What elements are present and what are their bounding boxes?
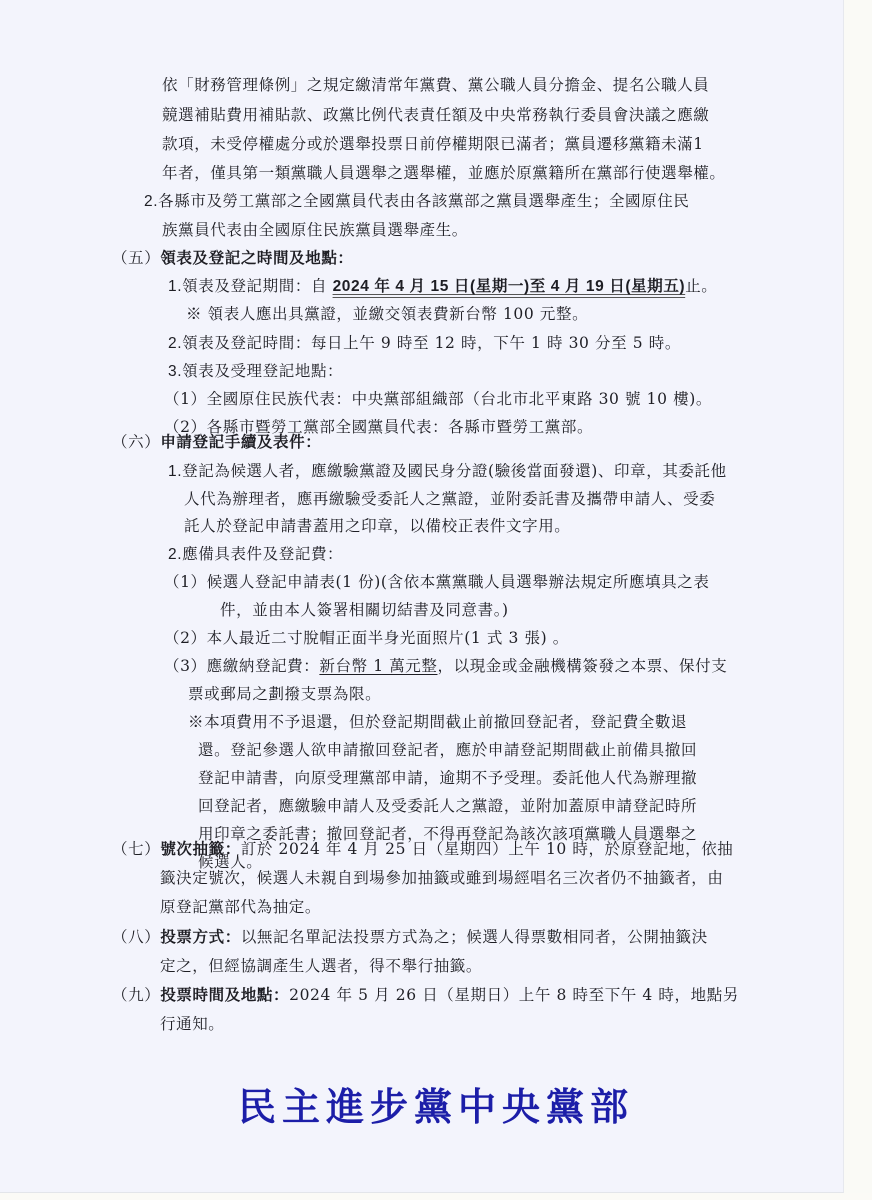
section6-sub3-prefix: 應繳納登記費： xyxy=(207,657,320,675)
item2-text: 各縣市及勞工黨部之全國黨員代表由各該黨部之黨員選舉產生；全國原住民 xyxy=(158,192,689,210)
item2-line-1: 2.各縣市及勞工黨部之全國黨員代表由各該黨部之黨員選舉產生；全國原住民 xyxy=(144,190,689,213)
registration-fee-amount: 新台幣 1 萬元整 xyxy=(319,657,437,675)
section5-sub1-number: （1） xyxy=(164,390,207,408)
section5-sub1: （1）全國原住民族代表：中央黨部組織部（台北市北平東路 30 號 10 樓)。 xyxy=(164,388,712,410)
section5-item1-suffix: 止。 xyxy=(685,277,717,295)
refund-note-line-2: 還。登記參選人欲申請撤回登記者，應於申請登記期間截止前備具撤回 xyxy=(198,739,697,761)
section6-sub1-line-2: 件，並由本人簽署相關切結書及同意書。) xyxy=(220,599,509,621)
intro-line-4: 年者，僅具第一類黨職人員選舉之選舉權，並應於原黨籍所在黨部行使選舉權。 xyxy=(162,162,726,184)
section6-sub3-number: （3） xyxy=(164,657,207,675)
scan-edge-bottom xyxy=(0,1193,872,1200)
section9-line-2: 行通知。 xyxy=(160,1013,224,1035)
section5-item3: 3.領表及受理登記地點： xyxy=(168,360,343,383)
section5-title: 領表及登記之時間及地點： xyxy=(160,248,353,267)
section7-label: （七） xyxy=(112,840,160,858)
section5-heading: （五）領表及登記之時間及地點： xyxy=(112,247,354,269)
section7-line-2: 籤決定號次，候選人未親自到場參加抽籤或雖到場經唱名三次者仍不抽籤者，由 xyxy=(160,867,724,889)
section7-line-1: （七）號次抽籤：訂於 2024 年 4 月 25 日（星期四）上午 10 時，於… xyxy=(112,838,733,860)
section6-sub1-number: （1） xyxy=(164,573,207,591)
section9-label: （九） xyxy=(112,986,160,1004)
section8-line-1: （八）投票方式：以無記名單記法投票方式為之；候選人得票數相同者，公開抽籤決 xyxy=(112,926,708,948)
section6-sub2-number: （2） xyxy=(164,629,207,647)
section6-heading: （六）申請登記手續及表件： xyxy=(112,431,321,453)
section6-item2: 2.應備具表件及登記費： xyxy=(168,543,343,566)
section6-sub3-suffix: ，以現金或金融機構簽發之本票、保付支 xyxy=(438,657,728,675)
registration-period-highlight: 2024 年 4 月 15 日(星期一)至 4 月 19 日(星期五) xyxy=(333,278,686,295)
section5-item1: 1.領表及登記期間：自 2024 年 4 月 15 日(星期一)至 4 月 19… xyxy=(168,275,717,298)
section8-title: 投票方式： xyxy=(160,927,241,946)
section6-item2-number: 2. xyxy=(168,546,182,563)
refund-note-line-3: 登記申請書，向原受理黨部申請，逾期不予受理。委託他人代為辦理撤 xyxy=(198,767,697,789)
item2-number: 2. xyxy=(144,193,158,210)
section5-item3-number: 3. xyxy=(168,363,182,380)
section6-title: 申請登記手續及表件： xyxy=(160,432,321,451)
section6-sub3-line-2: 票或郵局之劃撥支票為限。 xyxy=(188,683,381,705)
section7-text-1: 訂於 2024 年 4 月 25 日（星期四）上午 10 時，於原登記地，依抽 xyxy=(241,840,734,858)
section6-sub1-line-1: （1）候選人登記申請表(1 份)(含依本黨黨職人員選舉辦法規定所應填具之表 xyxy=(164,571,710,593)
section9-text-1: 2024 年 5 月 26 日（星期日）上午 8 時至下午 4 時，地點另 xyxy=(289,986,739,1004)
section6-item2-text: 應備具表件及登記費： xyxy=(182,545,343,563)
intro-line-3: 款項，未受停權處分或於選舉投票日前停權期限已滿者；黨員遷移黨籍未滿1 xyxy=(162,133,704,155)
section6-item1-line-2: 人代為辦理者，應再繳驗受委託人之黨證，並附委託書及攜帶申請人、受委 xyxy=(184,488,715,510)
section5-item2-text: 領表及登記時間：每日上午 9 時至 12 時，下午 1 時 30 分至 5 時。 xyxy=(182,334,681,352)
section8-label: （八） xyxy=(112,928,160,946)
section7-line-3: 原登記黨部代為抽定。 xyxy=(160,896,321,918)
section5-item2: 2.領表及登記時間：每日上午 9 時至 12 時，下午 1 時 30 分至 5 … xyxy=(168,332,681,355)
section5-sub1-text: 全國原住民族代表：中央黨部組織部（台北市北平東路 30 號 10 樓)。 xyxy=(207,390,712,408)
section8-line-2: 定之，但經協調產生人選者，得不舉行抽籤。 xyxy=(160,955,482,977)
section7-title: 號次抽籤： xyxy=(160,839,241,858)
section5-item3-text: 領表及受理登記地點： xyxy=(182,362,343,380)
section6-sub2-text: 本人最近二寸脫帽正面半身光面照片(1 式 3 張) 。 xyxy=(207,629,569,647)
section6-label: （六） xyxy=(112,433,160,451)
section6-item1-line-3: 託人於登記申請書蓋用之印章，以備校正表件文字用。 xyxy=(184,515,570,537)
section6-sub2: （2）本人最近二寸脫帽正面半身光面照片(1 式 3 張) 。 xyxy=(164,627,569,649)
section8-text-1: 以無記名單記法投票方式為之；候選人得票數相同者，公開抽籤決 xyxy=(241,928,708,946)
section6-item1-text-1: 登記為候選人者，應繳驗黨證及國民身分證(驗後當面發還)、印章，其委託他 xyxy=(182,462,727,480)
scan-edge-right xyxy=(844,0,872,1200)
refund-note-line-1: ※本項費用不予退還，但於登記期間截止前撤回登記者，登記費全數退 xyxy=(188,711,687,733)
section5-item1-prefix: 領表及登記期間：自 xyxy=(182,277,332,295)
section6-item1-number: 1. xyxy=(168,463,182,480)
section5-item2-number: 2. xyxy=(168,335,182,352)
section6-sub3-line-1: （3）應繳納登記費：新台幣 1 萬元整，以現金或金融機構簽發之本票、保付支 xyxy=(164,655,727,677)
section9-line-1: （九）投票時間及地點：2024 年 5 月 26 日（星期日）上午 8 時至下午… xyxy=(112,984,739,1006)
intro-line-2: 競選補貼費用補貼款、政黨比例代表責任額及中央常務執行委員會決議之應繳 xyxy=(162,104,709,126)
section5-note: ※ 領表人應出具黨證，並繳交領表費新台幣 100 元整。 xyxy=(186,303,588,325)
item2-line-2: 族黨員代表由全國原住民族黨員選舉產生。 xyxy=(162,219,468,241)
section5-item1-number: 1. xyxy=(168,278,182,295)
signature-party-central-headquarters: 民主進步黨中央黨部 xyxy=(238,1076,634,1131)
section9-title: 投票時間及地點： xyxy=(160,985,289,1004)
section6-sub1-text-1: 候選人登記申請表(1 份)(含依本黨黨職人員選舉辦法規定所應填具之表 xyxy=(207,573,710,591)
intro-line-1: 依「財務管理條例」之規定繳清常年黨費、黨公職人員分擔金、提名公職人員 xyxy=(162,74,709,96)
section5-label: （五） xyxy=(112,249,160,267)
section6-item1-line-1: 1.登記為候選人者，應繳驗黨證及國民身分證(驗後當面發還)、印章，其委託他 xyxy=(168,460,727,483)
refund-note-line-4: 回登記者，應繳驗申請人及受委託人之黨證，並附加蓋原申請登記時所 xyxy=(198,795,697,817)
